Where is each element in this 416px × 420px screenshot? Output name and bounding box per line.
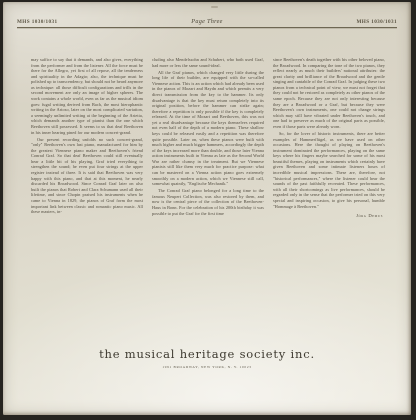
publisher-address: 1991 Broadway, New York, N. Y. 10023 xyxy=(3,365,411,369)
publisher-footer: the musical heritage society inc. 1991 B… xyxy=(3,347,411,369)
paragraph: may suffice to say that it demands, and … xyxy=(31,57,143,135)
paper-speck xyxy=(211,6,218,8)
text-column-1: may suffice to say that it demands, and … xyxy=(31,57,143,219)
author-signature: Jörg Demus xyxy=(273,213,385,219)
paragraph: So, for the lover of historic instrument… xyxy=(273,131,385,209)
liner-notes-page: MHS 1030/1031 Page Three MHS 1030/1031 m… xyxy=(3,2,411,415)
publisher-logo: the musical heritage society inc. xyxy=(3,347,411,361)
catalog-number-left: MHS 1030/1031 xyxy=(17,19,58,25)
paragraph: cluding also Mendelssohn and Schubert, w… xyxy=(152,57,264,68)
text-column-2: cluding also Mendelssohn and Schubert, w… xyxy=(152,57,264,219)
paragraph: The Conrad Graf piano belonged for a lon… xyxy=(152,188,264,216)
page-header: MHS 1030/1031 Page Three MHS 1030/1031 xyxy=(17,18,397,25)
page-title: Page Three xyxy=(191,18,222,25)
paragraph: All the Graf pianos, which changed very … xyxy=(152,70,264,187)
header-rule xyxy=(17,27,397,28)
catalog-number-right: MHS 1030/1031 xyxy=(356,19,397,25)
text-column-3: since Beethoven's death together with hi… xyxy=(273,57,385,219)
paragraph: since Beethoven's death together with hi… xyxy=(273,57,385,130)
body-text: may suffice to say that it demands, and … xyxy=(31,57,385,219)
paragraph: Our present recording unfolds no such co… xyxy=(31,137,143,215)
